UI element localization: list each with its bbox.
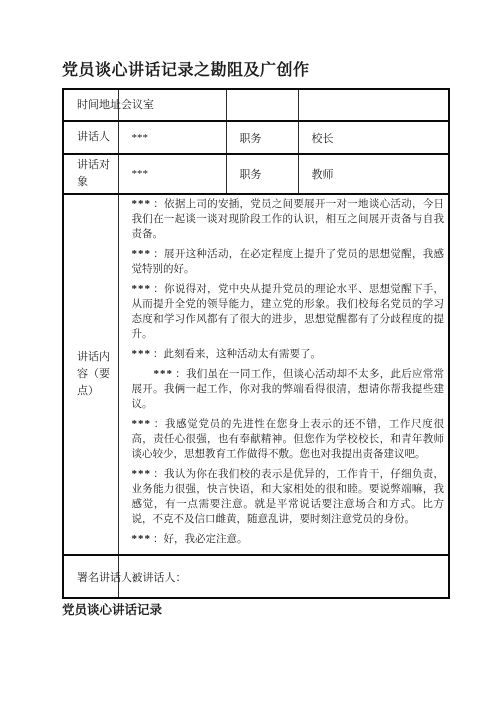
dialogue-paragraph: ***：此刻看来，这种活动太有需要了。 [132,347,445,362]
subject-name-value: *** [118,154,226,194]
subject-position-label: 职务 [226,154,298,194]
dialogue-paragraph: ***：你说得对，党中央从提升党员的理论水平、思想觉醒下手，从而提升全党的领导能… [132,282,445,342]
table-row-time: 时间地址会议室 [63,89,449,121]
dialogue-text: ：依据上司的安插，党员之间要展开一对一地谈心活动，今日我们在一起谈一谈对现阶段工… [132,199,445,240]
speaker-mask: *** [132,418,152,430]
dialogue-paragraph: ***：我感觉党员的先进性在您身上表示的还不错，工作尺度很高，责任心很强，也有奉… [132,417,445,462]
speaker-mask: *** [132,248,152,260]
speaker-mask: *** [132,468,152,480]
dialogue-paragraph: ***：我们虽在一同工作，但谈心活动却不太多，此后应常常展开。我俩一起工作，你对… [132,367,445,412]
dialogue-paragraph: ***：我认为你在我们校的表示是优异的，工作肯干，仔细负责，业务能力很强，快言快… [132,467,445,527]
footer-title: 党员谈心讲话记录 [62,600,162,618]
record-table: 时间地址会议室 讲话人 *** 职务 校长 讲话对象 *** 职务 教师 讲话内… [62,88,450,599]
dialogue-text: ：我感觉党员的先进性在您身上表示的还不错，工作尺度很高，责任心很强，也有奉献精神… [132,419,445,460]
dialogue-text: ：展开这种活动，在必定程度上提升了党员的思想觉醒，我感觉特别的好。 [132,249,445,275]
table-row-subject: 讲话对象 *** 职务 教师 [63,154,449,194]
speaker-position-value: 校长 [298,121,449,154]
speaker-name-value: *** [118,121,226,154]
speaker-mask: *** [132,283,152,295]
speaker-position-label: 职务 [226,121,298,154]
dialogue-text: ：我认为你在我们校的表示是优异的，工作肯干，仔细负责，业务能力很强，快言快语，和… [132,469,445,525]
dialogue-text: ：我们虽在一同工作，但谈心活动却不太多，此后应常常展开。我俩一起工作，你对我的弊… [132,369,445,410]
dialogue-paragraph: ***：好，我必定注意。 [132,532,445,547]
signature-subject-cell: 被讲话人： [118,555,449,598]
table-row-speaker: 讲话人 *** 职务 校长 [63,121,449,154]
dialogue-paragraph: ***：依据上司的安插，党员之间要展开一对一地谈心活动，今日我们在一起谈一谈对现… [132,197,445,242]
empty-cell [118,89,226,121]
signature-cell: 署名讲话人： [63,555,118,598]
speaker-mask: *** [154,368,174,380]
table-row-content: 讲话内容（要点） ***：依据上司的安插，党员之间要展开一对一地谈心活动，今日我… [63,194,449,555]
dialogue-content-cell: ***：依据上司的安插，党员之间要展开一对一地谈心活动，今日我们在一起谈一谈对现… [118,194,449,555]
speaker-mask: *** [132,348,152,360]
subject-label: 讲话对象 [63,154,118,194]
signature-subject-label: 被讲话人： [132,572,187,584]
content-label: 讲话内容（要点） [63,194,118,555]
dialogue-text: ：你说得对，党中央从提升党员的理论水平、思想觉醒下手，从而提升全党的领导能力，建… [132,284,445,340]
dialogue-text: ：此刻看来，这种活动太有需要了。 [153,349,321,360]
speaker-mask: *** [132,533,152,545]
document-page: 党员谈心讲话记录之勘阻及广创作 时间地址会议室 讲话人 *** 职务 校长 讲话… [0,0,500,708]
dialogue-text: ：好，我必定注意。 [153,534,248,545]
dialogue-paragraph: ***：展开这种活动，在必定程度上提升了党员的思想觉醒，我感觉特别的好。 [132,247,445,277]
empty-cell [298,89,449,121]
speaker-label: 讲话人 [63,121,118,154]
empty-cell [226,89,298,121]
subject-position-value: 教师 [298,154,449,194]
table-row-signature: 署名讲话人： 被讲话人： [63,555,449,598]
time-location-cell: 时间地址会议室 [63,89,118,121]
page-title: 党员谈心讲话记录之勘阻及广创作 [62,57,310,80]
speaker-mask: *** [132,198,152,210]
